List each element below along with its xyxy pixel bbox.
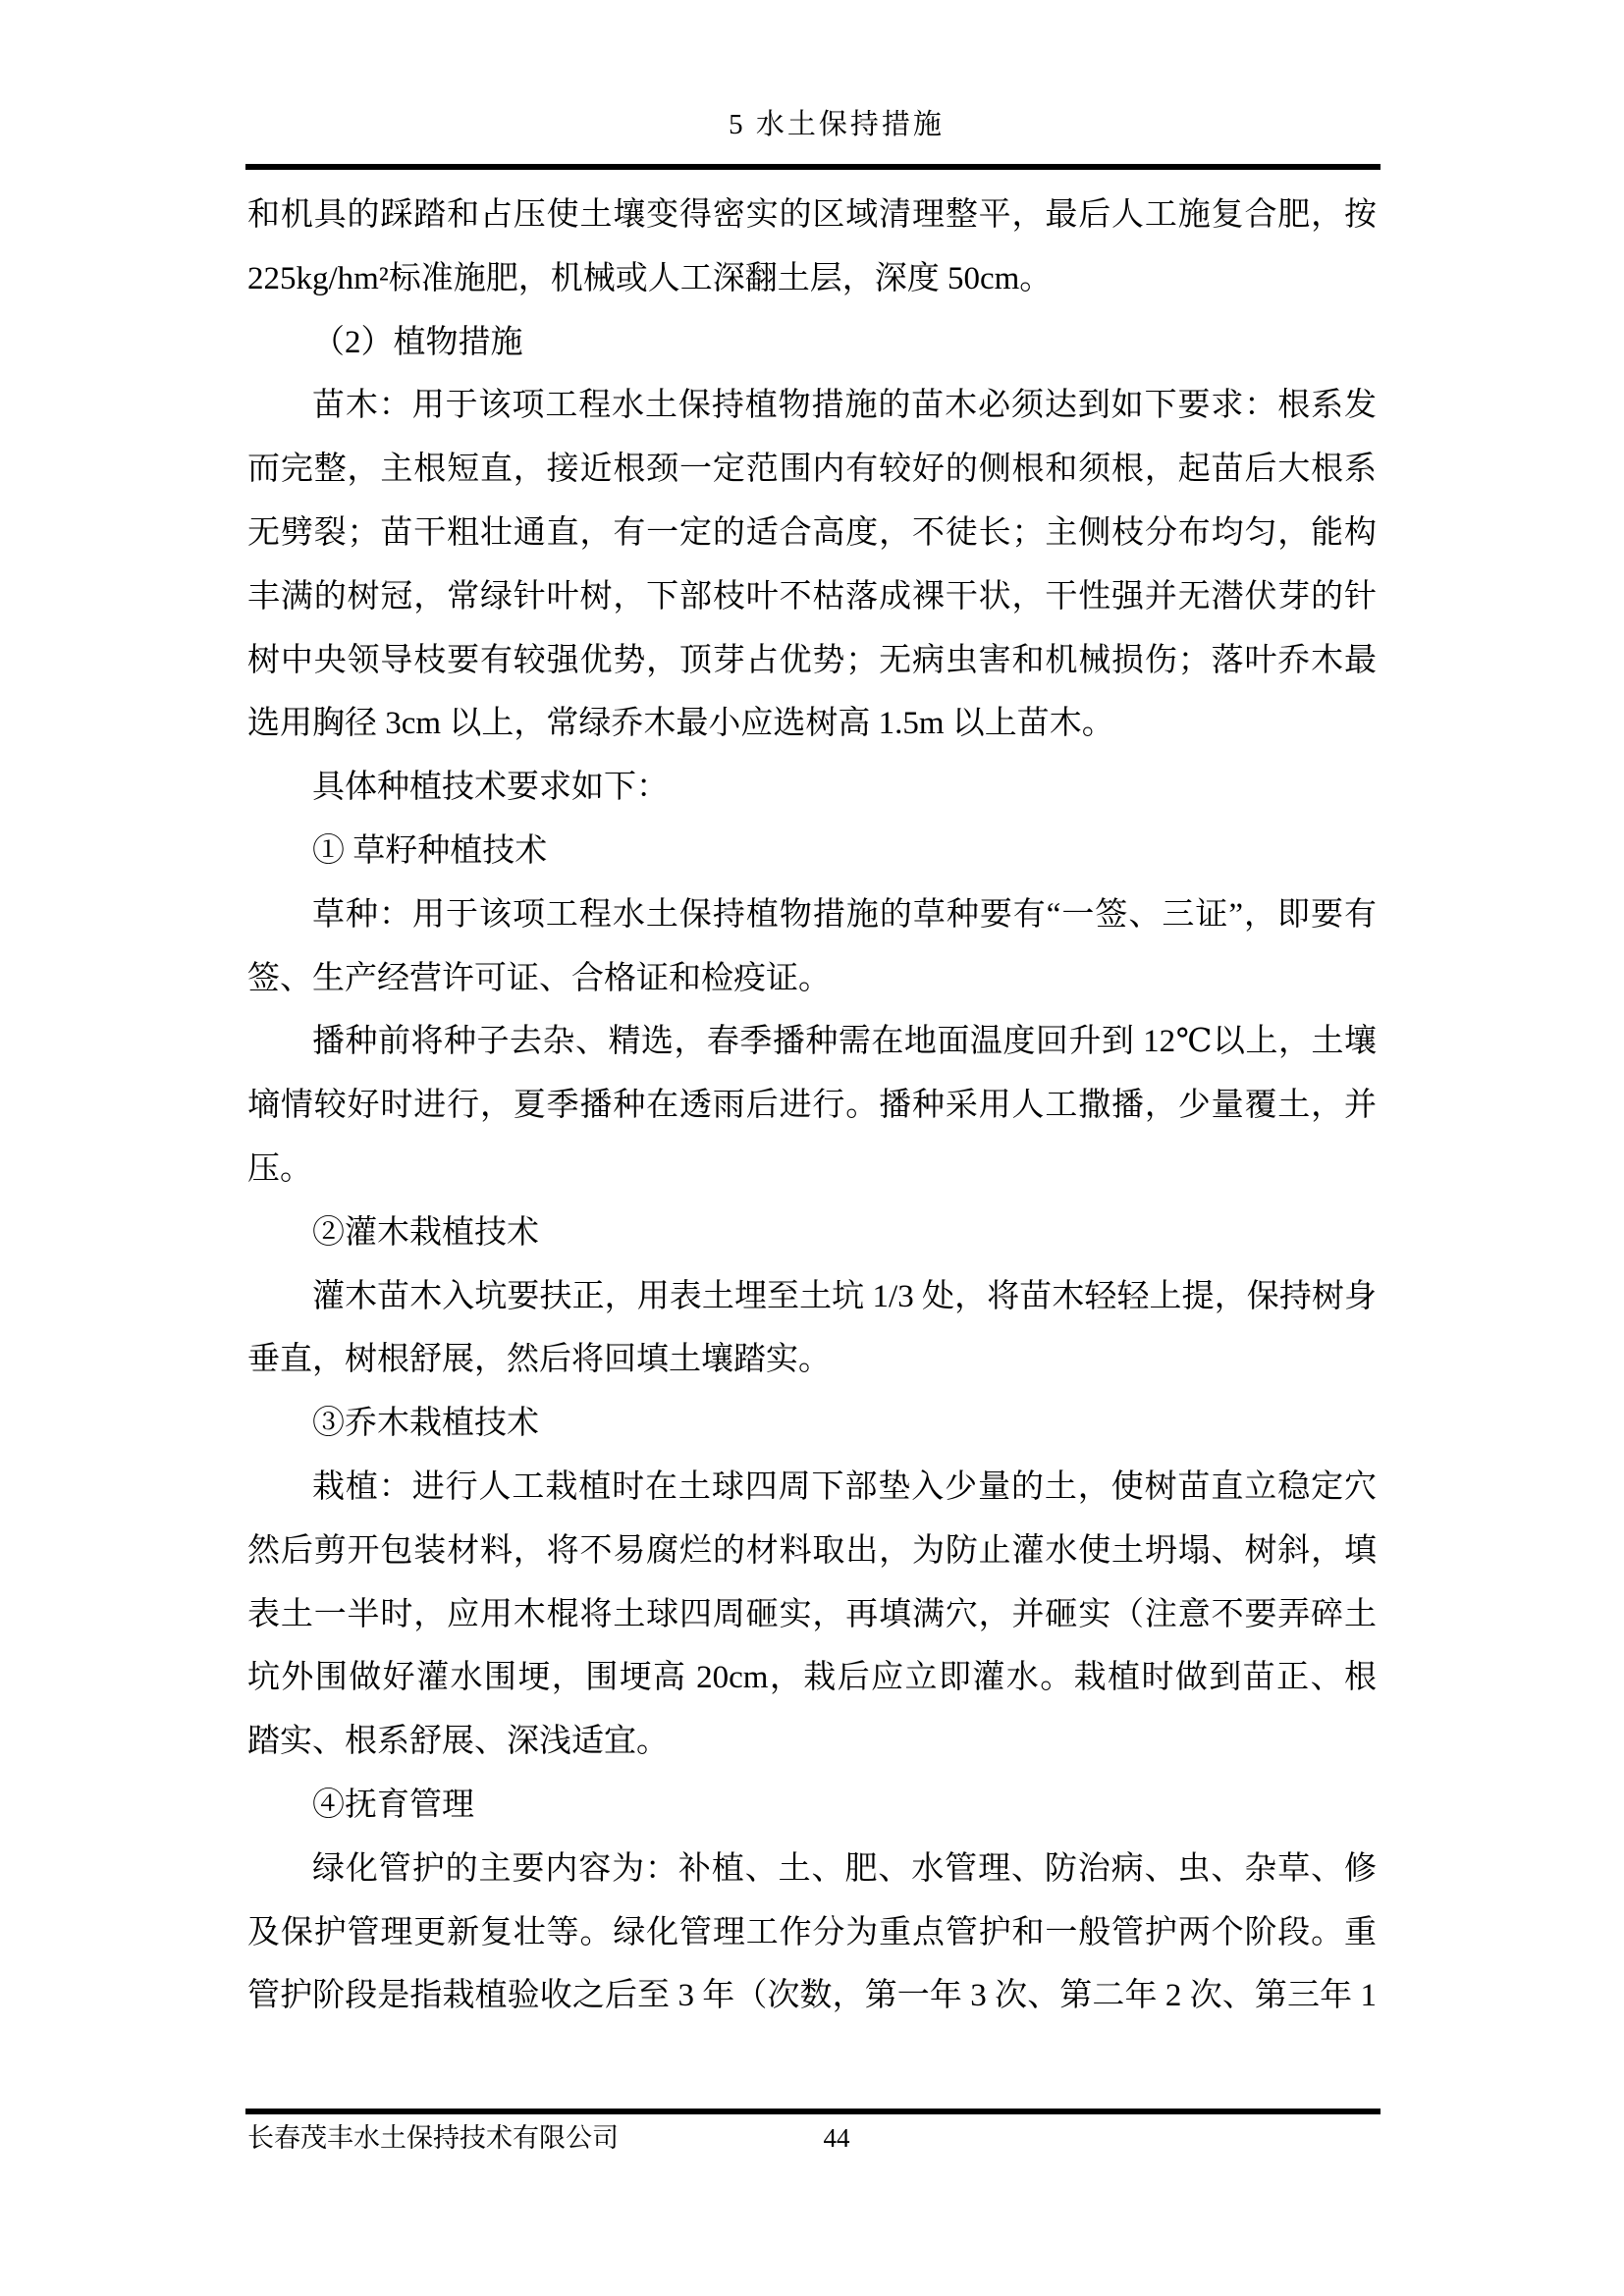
text-line: 压。 — [247, 1138, 1377, 1201]
text-line: ②灌木栽植技术 — [247, 1201, 1377, 1265]
text-line: 踏实、根系舒展、深浅适宜。 — [247, 1710, 1377, 1774]
text-line: 栽植：进行人工栽植时在土球四周下部垫入少量的土，使树苗直立稳定穴中， — [247, 1456, 1377, 1520]
text-line: 表土一半时，应用木棍将土球四周砸实，再填满穴，并砸实（注意不要弄碎土球）， — [247, 1583, 1377, 1647]
document-page: 5 水土保持措施 和机具的踩踏和占压使土壤变得密实的区域清理整平，最后人工施复合… — [0, 0, 1624, 2296]
text-line: ① 草籽种植技术 — [247, 820, 1377, 883]
text-line: 然后剪开包装材料，将不易腐烂的材料取出，为防止灌水使土坍塌、树斜，填入 — [247, 1520, 1377, 1583]
text-line: （2）植物措施 — [247, 311, 1377, 375]
header-rule — [245, 164, 1380, 170]
text-line: 及保护管理更新复壮等。绿化管理工作分为重点管护和一般管护两个阶段。重点 — [247, 1901, 1377, 1965]
page-number: 44 — [247, 2116, 1426, 2160]
text-line: 垂直，树根舒展，然后将回填土壤踏实。 — [247, 1328, 1377, 1392]
text-line: 管护阶段是指栽植验收之后至 3 年（次数，第一年 3 次、第二年 2 次、第三年… — [247, 1964, 1377, 2028]
text-line: 播种前将种子去杂、精选，春季播种需在地面温度回升到 12℃以上，土壤 — [247, 1010, 1377, 1074]
text-line: ③乔木栽植技术 — [247, 1392, 1377, 1456]
text-line: 丰满的树冠，常绿针叶树，下部枝叶不枯落成裸干状，干性强并无潜伏芽的针叶 — [247, 565, 1377, 629]
text-line: 坑外围做好灌水围埂，围埂高 20cm，栽后应立即灌水。栽植时做到苗正、根舒、 — [247, 1646, 1377, 1710]
text-line: 而完整，主根短直，接近根颈一定范围内有较好的侧根和须根，起苗后大根系应 — [247, 438, 1377, 502]
text-line: 苗木：用于该项工程水土保持植物措施的苗木必须达到如下要求：根系发达 — [247, 374, 1377, 438]
text-line: 灌木苗木入坑要扶正，用表土埋至土坑 1/3 处，将苗木轻轻上提，保持树身 — [247, 1265, 1377, 1329]
text-line: 树中央领导枝要有较强优势，顶芽占优势；无病虫害和机械损伤；落叶乔木最小 — [247, 629, 1377, 693]
text-line: 具体种植技术要求如下： — [247, 756, 1377, 820]
text-line: 和机具的踩踏和占压使土壤变得密实的区域清理整平，最后人工施复合肥，按照 — [247, 184, 1377, 247]
text-line: ④抚育管理 — [247, 1774, 1377, 1838]
text-line: 草种：用于该项工程水土保持植物措施的草种要有“一签、三证”，即要有标 — [247, 883, 1377, 947]
text-line: 225kg/hm²标准施肥，机械或人工深翻土层，深度 50cm。 — [247, 247, 1377, 311]
text-line: 绿化管护的主要内容为：补植、土、肥、水管理、防治病、虫、杂草、修剪 — [247, 1838, 1377, 1901]
text-line: 墒情较好时进行，夏季播种在透雨后进行。播种采用人工撒播，少量覆土，并镇 — [247, 1074, 1377, 1138]
header-section-title: 5 水土保持措施 — [247, 102, 1426, 147]
document-body: 和机具的踩踏和占压使土壤变得密实的区域清理整平，最后人工施复合肥，按照225kg… — [247, 184, 1377, 2028]
text-line: 无劈裂；苗干粗壮通直，有一定的适合高度，不徒长；主侧枝分布均匀，能构成 — [247, 502, 1377, 565]
text-line: 签、生产经营许可证、合格证和检疫证。 — [247, 947, 1377, 1011]
text-line: 选用胸径 3cm 以上，常绿乔木最小应选树高 1.5m 以上苗木。 — [247, 692, 1377, 756]
footer-rule — [245, 2109, 1380, 2114]
